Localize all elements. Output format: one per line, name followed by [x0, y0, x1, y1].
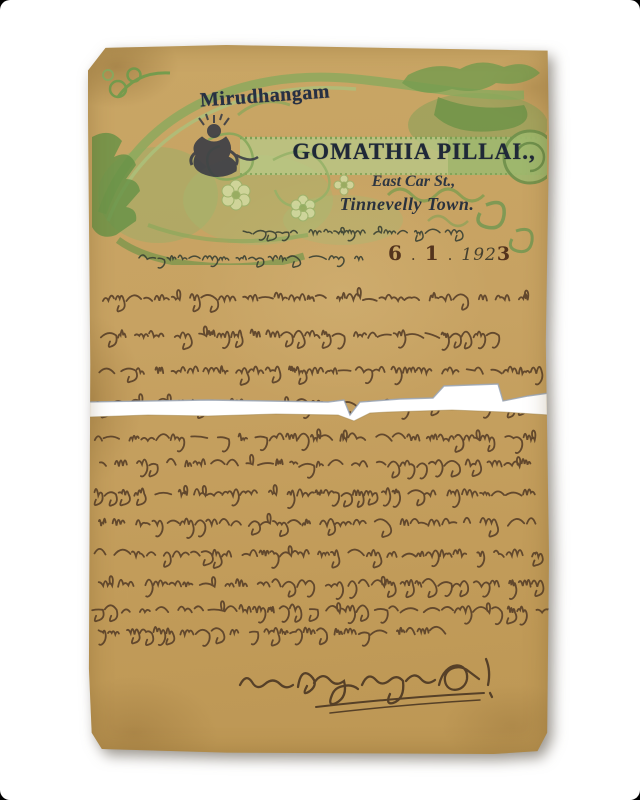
handwritten-line-1: [100, 283, 530, 313]
date-year-printed: 192: [461, 245, 496, 265]
photo-backdrop: { "window": { "background": "#000000", "…: [0, 0, 640, 800]
deity-emblem: [191, 114, 258, 177]
handwritten-line-9: [90, 539, 545, 569]
sprig-stem: [118, 73, 170, 97]
tamil-title-line: [240, 221, 458, 243]
signature-flourish: [234, 645, 524, 725]
paper-tear: [88, 45, 549, 754]
date-year-written: 3: [497, 243, 511, 265]
handwritten-line-8: [94, 508, 541, 538]
letter-paper: Mirudhangam GOMATHIA PILLAI., East Car S…: [88, 45, 549, 754]
date-separator: .: [411, 246, 416, 264]
date-month: 1: [425, 241, 439, 265]
handwritten-line-7: [92, 478, 532, 508]
date-separator: .: [448, 246, 453, 264]
handwritten-line-2: [98, 320, 504, 350]
handwritten-line-5: [92, 423, 542, 453]
tamil-address-line: [133, 247, 373, 269]
berry-ornament: [110, 81, 126, 97]
letter-paper-wrap: Mirudhangam GOMATHIA PILLAI., East Car S…: [88, 45, 549, 754]
handwritten-line-11: [90, 595, 546, 625]
image-mat: Mirudhangam GOMATHIA PILLAI., East Car S…: [0, 0, 640, 800]
proprietor-name: GOMATHIA PILLAI.,: [284, 139, 544, 165]
foliage-right: [402, 62, 540, 92]
spiral-rose: [207, 134, 253, 180]
handwritten-line-12: [94, 617, 439, 647]
handwritten-line-6: [94, 449, 540, 479]
brand-name: Mirudhangam: [179, 79, 350, 114]
name-band: [240, 137, 547, 175]
handwritten-line-3: [94, 356, 541, 386]
street-address: East Car St.,: [326, 173, 501, 191]
letterhead-ornament: [88, 45, 547, 265]
daisy-flower: [222, 175, 354, 221]
date-year: 1923: [461, 241, 511, 265]
date-line: 6 . 1 . 1923: [388, 241, 544, 265]
arc-ornament: [102, 77, 524, 213]
scroll-waves: [388, 189, 484, 201]
rosette-ornament: [504, 131, 547, 183]
handwritten-line-4: [94, 389, 546, 419]
town-name: Tinnevelly Town.: [316, 194, 498, 215]
date-day: 6: [388, 241, 402, 265]
left-stamp-blob: [92, 133, 140, 237]
handwritten-line-10: [94, 569, 542, 599]
